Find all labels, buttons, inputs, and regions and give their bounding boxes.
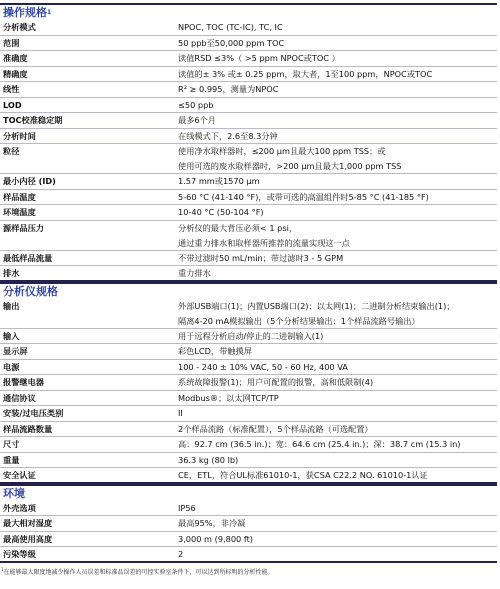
spec-value: Modbus®；以太网TCP/TP [178, 391, 497, 406]
spec-value-line: 读值RSD ≤3%（ >5 ppm NPOC或TOC ） [178, 51, 497, 65]
spec-label: 源样品压力 [0, 221, 178, 250]
spec-value: 高：92.7 cm (36.5 in.)；宽：64.6 cm (25.4 in.… [178, 437, 497, 452]
spec-row: 重量36.3 kg (80 lb) [0, 453, 497, 469]
spec-row: TOC校准稳定期最多6个月 [0, 113, 497, 129]
spec-value: 10-40 °C (50-104 °F) [178, 205, 497, 220]
spec-value: 36.3 kg (80 lb) [178, 453, 497, 468]
spec-label: 输入 [0, 329, 178, 344]
spec-value: CE，ETL，符合UL标准61010-1，获CSA C22.2 NO. 6101… [178, 468, 497, 482]
spec-row: 分析时间在线模式下，2.6至8.3分钟 [0, 129, 497, 145]
footnote: 1在能够最大限度地减少操作人员误差和标准品误差的可控实验室条件下，可以达到所标明… [0, 563, 500, 576]
spec-label: 粒径 [0, 144, 178, 173]
spec-row: 排水重力排水 [0, 266, 497, 282]
spec-row: 准确度读值RSD ≤3%（ >5 ppm NPOC或TOC ） [0, 51, 497, 67]
spec-label: 外壳选项 [0, 501, 178, 516]
spec-row: 尺寸高：92.7 cm (36.5 in.)；宽：64.6 cm (25.4 i… [0, 437, 497, 453]
spec-value: IP56 [178, 501, 497, 516]
spec-value-line: II [178, 406, 497, 420]
spec-value-line: 读值的± 3% 或± 0.25 ppm，取大者，1至100 ppm，NPOC或T… [178, 67, 497, 81]
spec-row: 安全认证CE，ETL，符合UL标准61010-1，获CSA C22.2 NO. … [0, 468, 497, 484]
spec-row: 输出外部USB端口(1)；内置USB端口(2)；以太网(1)；二进制分析结束输出… [0, 299, 497, 329]
spec-value-line: 分析仪的最大背压必须< 1 psi， [178, 221, 497, 235]
spec-value-line: 高：92.7 cm (36.5 in.)；宽：64.6 cm (25.4 in.… [178, 437, 497, 451]
spec-label: 最低样品流量 [0, 251, 178, 266]
spec-value: 使用净水取样器时，≤200 μm且最大100 ppm TSS；或使用可选的废水取… [178, 144, 497, 173]
spec-row: 粒径使用净水取样器时，≤200 μm且最大100 ppm TSS；或使用可选的废… [0, 144, 497, 174]
spec-value: NPOC, TOC (TC-IC), TC, IC [178, 20, 497, 35]
spec-label: 线性 [0, 82, 178, 97]
spec-label: 样品温度 [0, 190, 178, 205]
spec-value-line: 系统故障报警(1)；用户可配置的报警，高和低限制(4) [178, 375, 497, 389]
spec-row: 安装/过电压类别II [0, 406, 497, 422]
spec-value: 外部USB端口(1)；内置USB端口(2)；以太网(1)；二进制分析结束输出(1… [178, 299, 497, 328]
spec-row: 最低样品流量不带过滤时50 mL/min；带过滤时3 - 5 GPM [0, 251, 497, 267]
spec-value-line: 3,000 m (9,800 ft) [178, 532, 497, 546]
spec-label: 电源 [0, 360, 178, 375]
footnote-text: 在能够最大限度地减少操作人员误差和标准品误差的可控实验室条件下，可以达到所标明的… [4, 569, 274, 576]
spec-label: 报警继电器 [0, 375, 178, 390]
spec-value-line: 使用净水取样器时，≤200 μm且最大100 ppm TSS；或 [178, 144, 497, 158]
spec-value: 用于远程分析启动/停止的二进制输入(1) [178, 329, 497, 344]
spec-label: 样品流路数量 [0, 422, 178, 437]
spec-value: 分析仪的最大背压必须< 1 psi，通过重力排水和取样器所推荐的流量实现这一点 [178, 221, 497, 250]
spec-value-line: NPOC, TOC (TC-IC), TC, IC [178, 20, 497, 34]
spec-value-line: 重力排水 [178, 266, 497, 280]
spec-label: 重量 [0, 453, 178, 468]
section-title: 操作规格 [3, 6, 47, 19]
spec-row: 最小内径 (ID)1.57 mm或1570 μm [0, 174, 497, 190]
spec-value-line: 用于远程分析启动/停止的二进制输入(1) [178, 329, 497, 343]
spec-value: 彩色LCD，带触摸屏 [178, 344, 497, 359]
spec-value: 读值的± 3% 或± 0.25 ppm，取大者，1至100 ppm，NPOC或T… [178, 67, 497, 82]
spec-value-line: 10-40 °C (50-104 °F) [178, 205, 497, 219]
spec-row: 外壳选项IP56 [0, 501, 497, 517]
spec-label: 精确度 [0, 67, 178, 82]
spec-value: 系统故障报警(1)；用户可配置的报警，高和低限制(4) [178, 375, 497, 390]
spec-value: 100 - 240 ± 10% VAC, 50 - 60 Hz, 400 VA [178, 360, 497, 375]
spec-value: 在线模式下，2.6至8.3分钟 [178, 129, 497, 144]
spec-value: 50 ppb至50,000 ppm TOC [178, 36, 497, 51]
spec-value: 不带过滤时50 mL/min；带过滤时3 - 5 GPM [178, 251, 497, 266]
spec-value-line: 2 [178, 547, 497, 561]
spec-label: 分析时间 [0, 129, 178, 144]
spec-label: LOD [0, 98, 178, 113]
spec-value-line: 50 ppb至50,000 ppm TOC [178, 36, 497, 50]
section-heading-environment: 环境 [0, 484, 497, 501]
spec-value: 1.57 mm或1570 μm [178, 174, 497, 189]
spec-value-line: CE，ETL，符合UL标准61010-1，获CSA C22.2 NO. 6101… [178, 468, 497, 482]
spec-value: 重力排水 [178, 266, 497, 280]
spec-value-line: ≤50 ppb [178, 98, 497, 112]
spec-row: 范围50 ppb至50,000 ppm TOC [0, 36, 497, 52]
spec-value: 最高95%，非冷凝 [178, 516, 497, 531]
spec-row: LOD≤50 ppb [0, 98, 497, 114]
spec-row: 显示屏彩色LCD，带触摸屏 [0, 344, 497, 360]
spec-row: 线性R² ≥ 0.995，测量为NPOC [0, 82, 497, 98]
spec-row: 最大相对湿度最高95%，非冷凝 [0, 516, 497, 532]
spec-label: 排水 [0, 266, 178, 280]
spec-value: 2个样品流路（标准配置），5个样品流路（可选配置） [178, 422, 497, 437]
spec-label: 显示屏 [0, 344, 178, 359]
spec-value-line: IP56 [178, 501, 497, 515]
spec-row: 通信协议Modbus®；以太网TCP/TP [0, 391, 497, 407]
spec-row: 精确度读值的± 3% 或± 0.25 ppm，取大者，1至100 ppm，NPO… [0, 67, 497, 83]
spec-row: 输入用于远程分析启动/停止的二进制输入(1) [0, 329, 497, 345]
spec-label: TOC校准稳定期 [0, 113, 178, 128]
spec-value-line: 1.57 mm或1570 μm [178, 174, 497, 188]
spec-label: 范围 [0, 36, 178, 51]
spec-row: 源样品压力分析仪的最大背压必须< 1 psi，通过重力排水和取样器所推荐的流量实… [0, 221, 497, 251]
spec-value-line: 最多6个月 [178, 113, 497, 127]
spec-value-line: 隔离4-20 mA模拟输出（5个分析结果输出；1个样品流路号输出） [178, 314, 497, 328]
spec-label: 输出 [0, 299, 178, 328]
spec-label: 最大相对湿度 [0, 516, 178, 531]
spec-value: 2 [178, 547, 497, 561]
spec-value-line: R² ≥ 0.995，测量为NPOC [178, 82, 497, 96]
spec-row: 最高使用高度3,000 m (9,800 ft) [0, 532, 497, 548]
spec-value: II [178, 406, 497, 421]
spec-value-line: 彩色LCD，带触摸屏 [178, 344, 497, 358]
spec-value: 最多6个月 [178, 113, 497, 128]
spec-value: ≤50 ppb [178, 98, 497, 113]
spec-label: 尺寸 [0, 437, 178, 452]
spec-value-line: 2个样品流路（标准配置），5个样品流路（可选配置） [178, 422, 497, 436]
spec-row: 分析模式NPOC, TOC (TC-IC), TC, IC [0, 20, 497, 36]
footnote-ref: 1 [47, 9, 51, 16]
spec-value-line: 外部USB端口(1)；内置USB端口(2)；以太网(1)；二进制分析结束输出(1… [178, 299, 497, 313]
spec-label: 环境温度 [0, 205, 178, 220]
spec-label: 准确度 [0, 51, 178, 66]
spec-value-line: 在线模式下，2.6至8.3分钟 [178, 129, 497, 143]
section-title: 环境 [3, 487, 25, 500]
spec-sheet: 操作规格1分析模式NPOC, TOC (TC-IC), TC, IC范围50 p… [0, 0, 497, 563]
spec-value-line: Modbus®；以太网TCP/TP [178, 391, 497, 405]
spec-value-line: 不带过滤时50 mL/min；带过滤时3 - 5 GPM [178, 251, 497, 265]
spec-value-line: 100 - 240 ± 10% VAC, 50 - 60 Hz, 400 VA [178, 360, 497, 374]
spec-row: 样品温度5-60 °C (41-140 °F)，或带可选的高温组件时5-85 °… [0, 190, 497, 206]
spec-label: 最高使用高度 [0, 532, 178, 547]
spec-value-line: 5-60 °C (41-140 °F)，或带可选的高温组件时5-85 °C (4… [178, 190, 497, 204]
spec-row: 电源100 - 240 ± 10% VAC, 50 - 60 Hz, 400 V… [0, 360, 497, 376]
spec-row: 污染等级2 [0, 547, 497, 563]
spec-value: R² ≥ 0.995，测量为NPOC [178, 82, 497, 97]
spec-value: 读值RSD ≤3%（ >5 ppm NPOC或TOC ） [178, 51, 497, 66]
section-heading-operating-specs: 操作规格1 [0, 3, 497, 20]
spec-label: 通信协议 [0, 391, 178, 406]
spec-label: 污染等级 [0, 547, 178, 561]
spec-row: 样品流路数量2个样品流路（标准配置），5个样品流路（可选配置） [0, 422, 497, 438]
spec-value: 5-60 °C (41-140 °F)，或带可选的高温组件时5-85 °C (4… [178, 190, 497, 205]
spec-label: 安全认证 [0, 468, 178, 482]
section-title: 分析仪规格 [3, 285, 58, 298]
spec-value-line: 最高95%，非冷凝 [178, 516, 497, 530]
section-heading-analyzer-specs: 分析仪规格 [0, 282, 497, 299]
spec-value-line: 36.3 kg (80 lb) [178, 453, 497, 467]
spec-row: 报警继电器系统故障报警(1)；用户可配置的报警，高和低限制(4) [0, 375, 497, 391]
spec-value: 3,000 m (9,800 ft) [178, 532, 497, 547]
spec-label: 安装/过电压类别 [0, 406, 178, 421]
spec-row: 环境温度10-40 °C (50-104 °F) [0, 205, 497, 221]
spec-value-line: 通过重力排水和取样器所推荐的流量实现这一点 [178, 236, 497, 250]
spec-value-line: 使用可选的废水取样器时，>200 μm且最大1,000 ppm TSS [178, 159, 497, 173]
spec-label: 分析模式 [0, 20, 178, 35]
spec-label: 最小内径 (ID) [0, 174, 178, 189]
